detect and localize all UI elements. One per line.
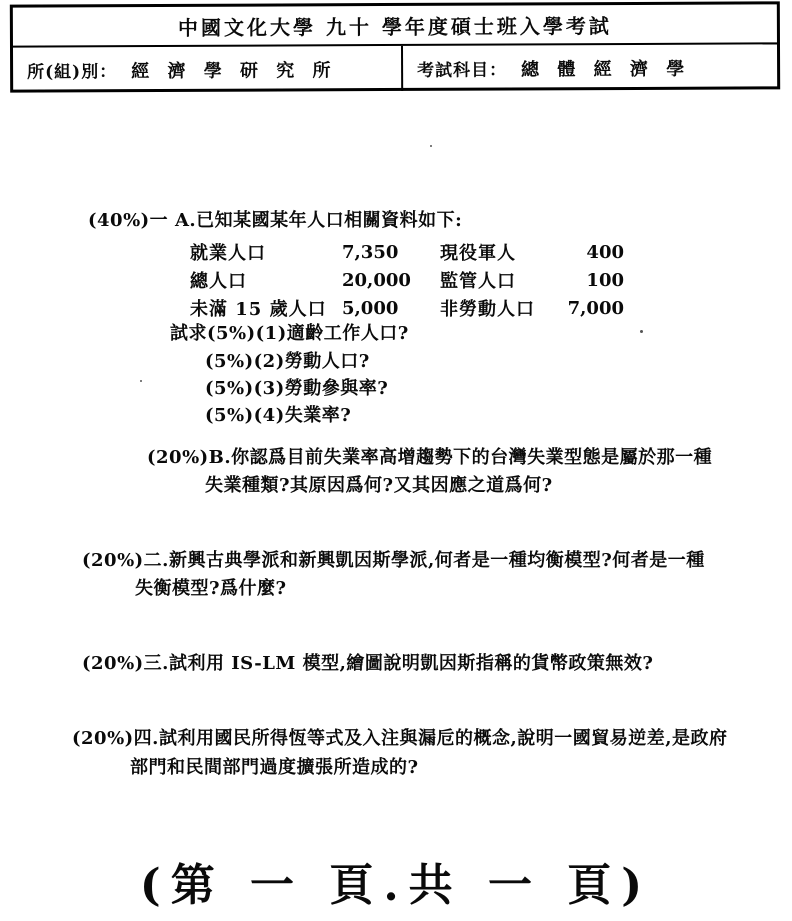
row-label: 就業人口 — [190, 239, 342, 265]
question1-sub4: (5%)(4)失業率? — [205, 401, 351, 427]
question1-sub3: (5%)(3)勞動參與率? — [205, 374, 388, 400]
question1b-line1: (20%)B.你認爲目前失業率高增趨勢下的台灣失業型態是屬於那一種 — [147, 443, 712, 469]
question4-line2: 部門和民間部門過度擴張所造成的? — [130, 753, 419, 779]
row-value: 400 — [558, 242, 624, 263]
population-data-table: 就業人口 7,350 現役軍人 400 總人口 20,000 監管人口 100 … — [190, 238, 630, 322]
row-value: 5,000 — [342, 298, 386, 319]
exam-header-box: 中國文化大學 九十 學年度碩士班入學考試 所(組)別： 經 濟 學 研 究 所 … — [10, 1, 780, 92]
exam-title-row: 中國文化大學 九十 學年度碩士班入學考試 — [13, 4, 777, 47]
row-value: 100 — [558, 270, 624, 291]
row-label: 總人口 — [190, 267, 342, 293]
table-row: 未滿 15 歲人口 5,000 非勞動人口 7,000 — [190, 294, 630, 322]
table-row: 總人口 20,000 監管人口 100 — [190, 266, 630, 294]
question2-line2: 失衡模型?爲什麼? — [135, 574, 287, 600]
question1-intro: (40%)一 A.已知某國某年人口相關資料如下: — [88, 206, 462, 232]
question1b-line2: 失業種類?其原因爲何?又其因應之道爲何? — [205, 471, 553, 497]
question4-line1: (20%)四.試利用國民所得恆等式及入注與漏卮的概念,說明一國貿易逆差,是政府 — [72, 724, 727, 750]
page-number-footer: (第 一 頁.共 一 頁) — [0, 849, 792, 913]
table-row: 就業人口 7,350 現役軍人 400 — [190, 238, 630, 266]
row-value: 20,000 — [342, 270, 386, 291]
row-label: 未滿 15 歲人口 — [190, 295, 342, 321]
subject-label: 考試科目： — [417, 56, 507, 81]
question1-sub2: (5%)(2)勞動人口? — [205, 347, 370, 373]
question2-line1: (20%)二.新興古典學派和新興凱因斯學派,何者是一種均衡模型?何者是一種 — [82, 546, 705, 572]
row-value: 7,000 — [558, 298, 624, 319]
question1-sub1: 試求(5%)(1)適齡工作人口? — [170, 319, 409, 345]
row-label: 現役軍人 — [440, 239, 558, 265]
exam-paper-page: 中國文化大學 九十 學年度碩士班入學考試 所(組)別： 經 濟 學 研 究 所 … — [0, 0, 792, 921]
department-cell: 所(組)別： 經 濟 學 研 究 所 — [13, 46, 403, 93]
exam-header-fields: 所(組)別： 經 濟 學 研 究 所 考試科目： 總 體 經 濟 學 — [13, 44, 777, 92]
scan-speck — [140, 380, 142, 382]
row-label: 非勞動人口 — [440, 295, 558, 321]
row-label: 監管人口 — [440, 267, 558, 293]
scan-speck — [640, 330, 643, 333]
question3-line1: (20%)三.試利用 IS-LM 模型,繪圖說明凱因斯指稱的貨幣政策無效? — [82, 649, 653, 675]
scan-speck — [610, 740, 613, 742]
row-value: 7,350 — [342, 242, 386, 263]
department-label: 所(組)別： — [27, 57, 117, 82]
subject-cell: 考試科目： 總 體 經 濟 學 — [403, 44, 777, 91]
subject-value: 總 體 經 濟 學 — [521, 54, 690, 81]
exam-title: 中國文化大學 九十 學年度碩士班入學考試 — [178, 10, 612, 41]
department-value: 經 濟 學 研 究 所 — [131, 56, 336, 83]
scan-speck — [430, 145, 432, 147]
